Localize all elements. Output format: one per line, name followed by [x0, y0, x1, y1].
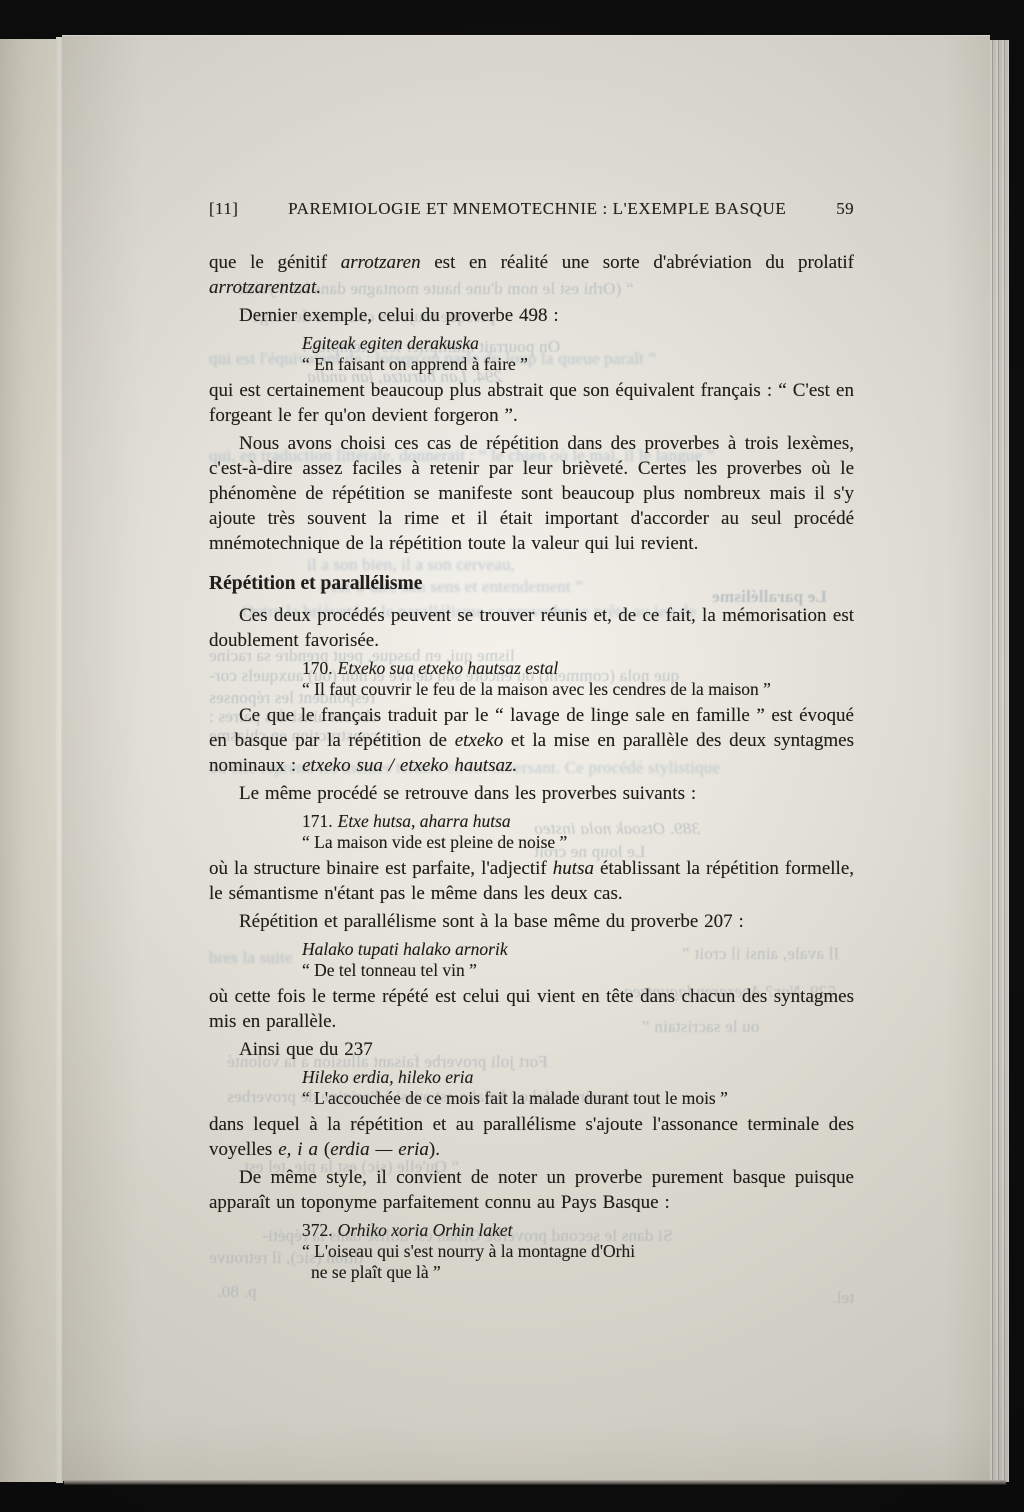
proverb-translation: “ L'accouchée de ce mois fait la malade …	[302, 1088, 854, 1109]
proverb-number: 171.	[302, 811, 333, 831]
basque-term: etxeko	[455, 730, 504, 751]
basque-term: arrotzarentzat.	[209, 277, 321, 298]
paragraph: Nous avons choisi ces cas de répétition …	[209, 431, 854, 556]
header-section-ref: [11]	[209, 196, 238, 221]
proverb-translation: “ En faisant on apprend à faire ”	[302, 354, 854, 375]
paragraph: qui est certainement beaucoup plus abstr…	[209, 378, 854, 428]
proverb-number: 170.	[302, 658, 333, 678]
basque-term: hutsa	[553, 858, 594, 879]
paragraph-text: où la structure binaire est parfaite, l'…	[209, 858, 553, 879]
basque-proverb: Etxe hutsa, aharra hutsa	[338, 811, 511, 831]
basque-term: etxeko sua / etxeko hautsaz.	[302, 755, 517, 776]
paragraph-text: est en réalité une sorte d'abréviation d…	[421, 252, 854, 273]
basque-proverb: Orhiko xoria Orhin laket	[338, 1220, 513, 1240]
paragraph: Ces deux procédés peuvent se trouver réu…	[209, 603, 854, 653]
basque-term: arrotzaren	[341, 252, 421, 273]
proverb-basque: Hileko erdia, hileko eria	[302, 1067, 854, 1088]
proverb-basque: Egiteak egiten derakuska	[302, 333, 854, 354]
proverb-translation: “ Il faut couvrir le feu de la maison av…	[302, 679, 854, 700]
basque-proverb: Egiteak egiten derakuska	[302, 333, 479, 353]
proverb-basque: 372.Orhiko xoria Orhin laket	[302, 1220, 854, 1241]
paragraph: Le même procédé se retrouve dans les pro…	[209, 781, 854, 806]
paragraph: où la structure binaire est parfaite, l'…	[209, 856, 854, 906]
proverb-translation: “ L'oiseau qui s'est nourry à la montagn…	[302, 1241, 854, 1262]
paragraph: De même style, il convient de noter un p…	[209, 1165, 854, 1215]
proverb-block: 170.Etxeko sua etxeko hautsaz estal “ Il…	[302, 658, 854, 700]
proverb-block: Halako tupati halako arnorik “ De tel to…	[302, 939, 854, 981]
header-running-title: PAREMIOLOGIE ET MNEMOTECHNIE : L'EXEMPLE…	[238, 196, 836, 221]
paragraph-text: que le génitif	[209, 252, 341, 273]
proverb-block: 171.Etxe hutsa, aharra hutsa “ La maison…	[302, 811, 854, 853]
paragraph-text: ).	[429, 1139, 440, 1160]
basque-term: erdia — eria	[330, 1139, 429, 1160]
proverb-block: Hileko erdia, hileko eria “ L'accouchée …	[302, 1067, 854, 1109]
proverb-basque: 171.Etxe hutsa, aharra hutsa	[302, 811, 854, 832]
paragraph: que le génitif arrotzaren est en réalité…	[209, 250, 854, 300]
proverb-basque: Halako tupati halako arnorik	[302, 939, 854, 960]
page-header: [11] PAREMIOLOGIE ET MNEMOTECHNIE : L'EX…	[209, 196, 854, 221]
header-page-number: 59	[836, 196, 854, 221]
proverb-block: 372.Orhiko xoria Orhin laket “ L'oiseau …	[302, 1220, 854, 1283]
proverb-number: 372.	[302, 1220, 333, 1240]
proverb-block: Egiteak egiten derakuska “ En faisant on…	[302, 333, 854, 375]
basque-proverb: Etxeko sua etxeko hautsaz estal	[338, 658, 559, 678]
paragraph: Ce que le français traduit par le “ lava…	[209, 703, 854, 778]
paragraph: Ainsi que du 237	[209, 1037, 854, 1062]
paragraph-text: (	[318, 1139, 330, 1160]
paragraph: Répétition et parallélisme sont à la bas…	[209, 909, 854, 934]
page-edges-stack	[990, 40, 1009, 1482]
book-page: “ (Orhi est le nom d'une haute montagne …	[62, 35, 990, 1481]
proverb-translation: “ De tel tonneau tel vin ”	[302, 960, 854, 981]
book-scan: “ (Orhi est le nom d'une haute montagne …	[0, 0, 1024, 1512]
proverb-translation: “ La maison vide est pleine de noise ”	[302, 832, 854, 853]
ghost-text: tel.	[832, 1288, 854, 1308]
printed-text-column: [11] PAREMIOLOGIE ET MNEMOTECHNIE : L'EX…	[209, 196, 854, 1286]
proverb-translation: ne se plaît que là ”	[311, 1262, 854, 1283]
basque-proverb: Hileko erdia, hileko eria	[302, 1067, 473, 1087]
underlying-page-edge	[0, 39, 58, 1482]
section-heading: Répétition et parallélisme	[209, 571, 854, 596]
basque-term: e, i a	[278, 1139, 318, 1160]
paragraph: dans lequel à la répétition et au parall…	[209, 1112, 854, 1162]
basque-proverb: Halako tupati halako arnorik	[302, 939, 508, 959]
paragraph: Dernier exemple, celui du proverbe 498 :	[209, 303, 854, 328]
paragraph: où cette fois le terme répété est celui …	[209, 984, 854, 1034]
proverb-basque: 170.Etxeko sua etxeko hautsaz estal	[302, 658, 854, 679]
